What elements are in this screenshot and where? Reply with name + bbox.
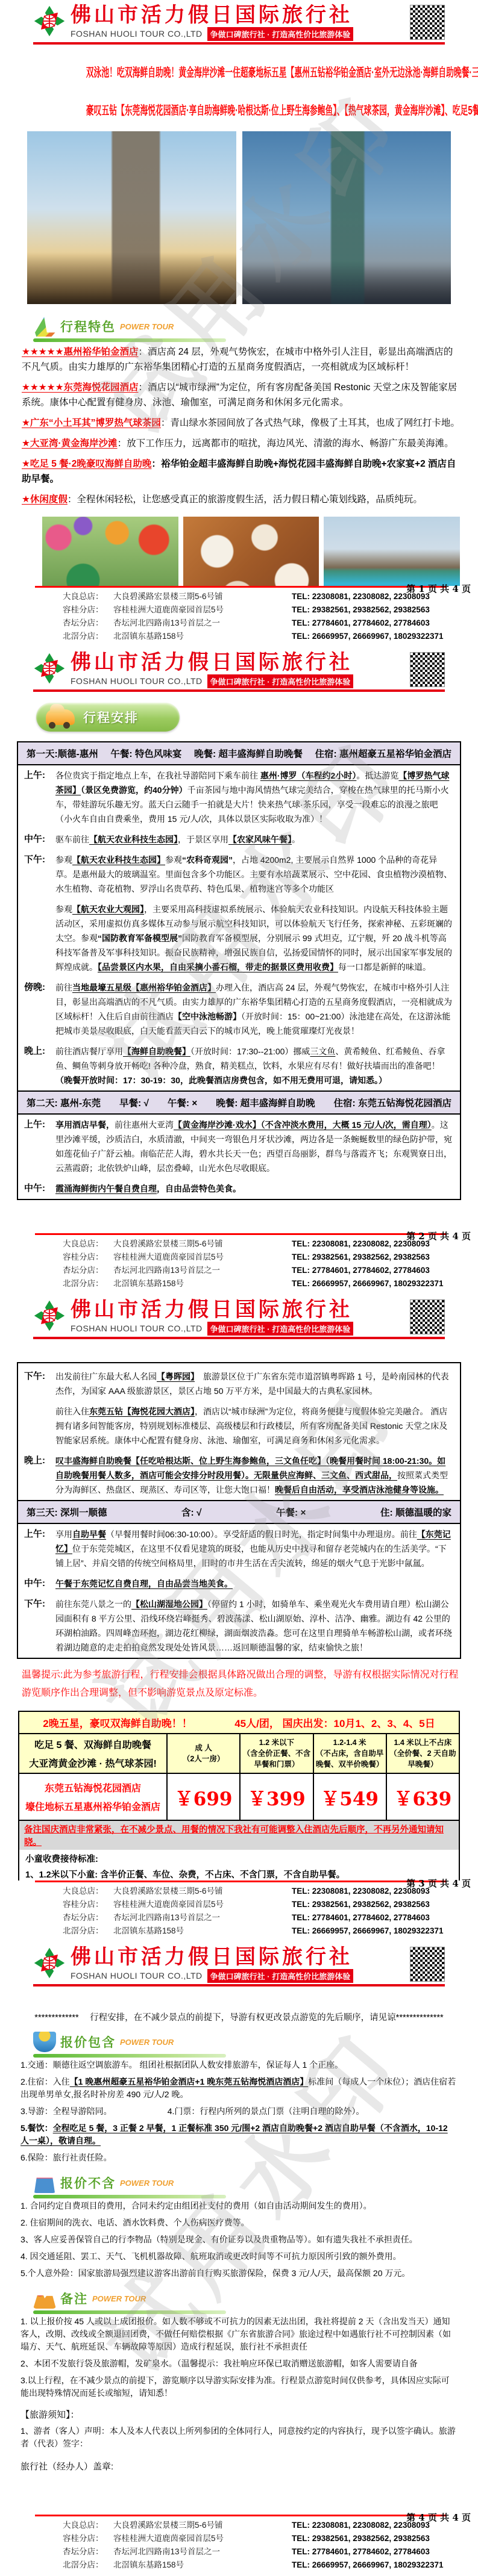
- company-header: 佛山市活力假日国际旅行社 FOSHAN HUOLI TOUR CO.,LTD 争…: [33, 1299, 445, 1339]
- include-item-4: 5.餐饮：全程吃足 5 餐，3 正餐 2 早餐，1 正餐标准 350 元/围+2…: [20, 2122, 458, 2147]
- exclude-item-3: 3、客人应妥善保管自己的行李物品（特别是现金、有价证券以及贵重物品等）。如有遗失…: [20, 2233, 458, 2246]
- row-text: 前往入住东莞五钻【海悦花园大酒店】，酒店以“城市绿洲”为定位，将商务便捷与度假体…: [55, 1407, 447, 1445]
- time-label: 晚上:: [24, 1044, 45, 1059]
- company-name-cn: 佛山市活力假日国际旅行社: [71, 5, 353, 26]
- time-label: 下午:: [24, 1369, 45, 1384]
- qr-code: [410, 1947, 445, 1982]
- company-subline: FOSHAN HUOLI TOUR CO.,LTD 争做口碑旅行社 · 打造高性…: [71, 674, 353, 688]
- footer-divider: [35, 1233, 447, 1235]
- people-icon: [33, 2288, 56, 2309]
- time-label: 中午:: [24, 1576, 45, 1591]
- day3-lunch: 午餐: ×: [276, 1505, 306, 1519]
- product-line1: 吃足 5 餐、双海鲜自助晚餐: [20, 1737, 165, 1751]
- feature-item-6: ★休闲度假：全程休闲轻松，让您感受真正的旅游度假生活，活力假日精心策划线路，品质…: [22, 492, 460, 507]
- power-tour-text: POWER TOUR: [92, 2294, 146, 2303]
- price-col-child-12-14: 1.2-1.4 米 （不占床，含自助早 晚餐、双半价晚餐）: [314, 1734, 387, 1773]
- day3-route: 第三天: 深圳一顺德: [27, 1505, 107, 1519]
- time-label: 下午:: [24, 1597, 45, 1611]
- day1-route: 第一天:顺德-惠州: [27, 747, 98, 760]
- page-number: 第 4 页 共 4 页: [406, 2511, 471, 2524]
- store-name: 北滘分店：: [63, 2559, 113, 2572]
- row-text: 霞涌海鲜街内午餐自费自理，自由品尝特色美食。: [55, 1184, 241, 1193]
- day3-breakfast: 含: √: [181, 1505, 201, 1519]
- row-text: 享用自助早餐（早餐用餐时间06:30-10:00）。享受舒适的假日时光，指定时间…: [55, 1529, 451, 1568]
- itinerary-row: 晚上:前往酒店餐厅享用【海鲜自助晚餐】（开放时间：17:30--21:00）挪威…: [18, 1041, 460, 1090]
- company-slogan: 争做口碑旅行社 · 打造高性价比旅游体验: [207, 27, 354, 41]
- footer-divider: [35, 586, 447, 588]
- company-slogan: 争做口碑旅行社 · 打造高性价比旅游体验: [207, 1969, 354, 1983]
- include-item-2: 2.住宿：入住【1 晚惠州超豪五星裕华铂金酒店+1 晚东莞五钻海悦酒店酒店】标准…: [20, 2076, 458, 2101]
- store-address: 北滘镇东基路158号: [113, 630, 292, 643]
- store-address: 大良碧溪路宏景楼三期5-6号铺: [113, 2519, 292, 2532]
- row-text: 参观【航天农业大观园】，主要采用高科技虚拟系统展示、体验航天农业科技知识。内设航…: [55, 904, 452, 972]
- store-row: 杏坛分店：杏坛河北四路南13号首层之一TEL: 27784601, 277846…: [63, 1264, 478, 1277]
- itinerary-row: 参观【航天农业大观园】，主要采用高科技虚拟系统展示、体验航天农业科技知识。内设航…: [18, 899, 460, 977]
- company-name-cn: 佛山市活力假日国际旅行社: [71, 1299, 353, 1321]
- store-tel: TEL: 27784601, 27784602, 27784603: [292, 1264, 430, 1277]
- section-remarks: 备注 POWER TOUR: [33, 2286, 238, 2311]
- itinerary-row: 下午:参观【航天农业科技生态园】参观“农科奇观园”，占地 4200m2, 主要展…: [18, 850, 460, 899]
- footer-divider: [35, 1881, 447, 1882]
- car-icon: [46, 709, 75, 725]
- section-price-excludes: 报价不含 POWER TOUR: [33, 2170, 238, 2195]
- store-tel: TEL: 29382561, 29382562, 29382563: [292, 1898, 430, 1911]
- store-address: 容桂桂洲大道鹿茵豪园首层5号: [113, 1251, 292, 1264]
- store-tel: TEL: 26669957, 26669967, 18029322371: [292, 1277, 443, 1290]
- row-text: 出发前往广东最大私人名园【粤晖园】 旅游景区位于广东省东莞市道滘镇粤晖路 1 号…: [55, 1372, 449, 1396]
- price-title-right: 45人/团， 国庆出发：10月1、2、3、4、5日: [234, 1715, 435, 1730]
- itinerary-row: 中午:霞涌海鲜街内午餐自费自理，自由品尝特色美食。: [18, 1178, 460, 1199]
- store-name: 大良总店：: [63, 1237, 113, 1251]
- page-number: 第 3 页 共 4 页: [406, 1877, 471, 1890]
- photo-haiyue-garden-hotel: [242, 131, 451, 304]
- price-col-child-u12: 1.2 米以下 （含全价正餐、不含 早餐和门票）: [241, 1734, 313, 1773]
- tour-title-line2: 豪叹五钻【东莞海悦花园酒店·享自助海鲜晚·哈根达斯·位上野生海参鲍鱼】、【热气球…: [86, 101, 392, 118]
- page-footer: 第 2 页 共 4 页 大良总店：大良碧溪路宏景楼三期5-6号铺TEL: 223…: [0, 1233, 478, 1291]
- warm-tips: 温馨提示:此为参考旅游行程，行程安排会根据具体路况做出合理的调整，导游有权根据实…: [22, 1666, 460, 1702]
- company-logo-icon: [33, 652, 66, 685]
- company-header: 佛山市活力假日国际旅行社 FOSHAN HUOLI TOUR CO.,LTD 争…: [33, 1947, 445, 1986]
- store-row: 杏坛分店：杏坛河北四路南13号首层之一TEL: 27784601, 277846…: [63, 2545, 478, 2559]
- company-subline: FOSHAN HUOLI TOUR CO.,LTD 争做口碑旅行社 · 打造高性…: [71, 1322, 353, 1336]
- day1-lunch: 午餐: 特色风味宴: [110, 747, 181, 760]
- company-slogan: 争做口碑旅行社 · 打造高性价比旅游体验: [207, 674, 354, 688]
- day3-header-row: 第三天: 深圳一顺德 含: √ 午餐: × 住: 顺德温暖的家: [18, 1500, 460, 1524]
- store-tel: TEL: 29382561, 29382562, 29382563: [292, 603, 430, 617]
- time-label: 晚上:: [24, 1454, 45, 1468]
- page-footer: 第 4 页 共 4 页 大良总店：大良碧溪路宏景楼三期5-6号铺TEL: 223…: [0, 2515, 478, 2572]
- itinerary-table: 第一天:顺德-惠州 午餐: 特色风味宴 晚餐: 超丰盛海鲜自助晚餐 住宿: 惠州…: [17, 741, 461, 1200]
- page-2: 试用水印 佛山市活力假日国际旅行社 FOSHAN HUOLI TOUR CO.,…: [0, 647, 478, 1295]
- company-name-block: 佛山市活力假日国际旅行社 FOSHAN HUOLI TOUR CO.,LTD 争…: [71, 652, 353, 688]
- remark-item-2: 2、本团不发旅行袋及旅游帽，发矿泉水。（温馨提示：我社响应环保已取消赠送旅游帽，…: [20, 2357, 458, 2370]
- price-title-left: 2晚五星，豪叹双海鲜自助晚！！: [43, 1715, 192, 1730]
- include-item-5: 6.保险：旅行社责任险。: [20, 2151, 458, 2164]
- store-tel: TEL: 26669957, 26669967, 18029322371: [292, 630, 443, 643]
- row-text: 叹丰盛海鲜自助晚餐【任吃哈根达斯、位上野生海参鲍鱼，三文鱼任吃】（晚餐用餐时间 …: [55, 1456, 448, 1495]
- store-row: 杏坛分店：杏坛河北四路南13号首层之一TEL: 27784601, 277846…: [63, 617, 478, 630]
- row-text: 享用酒店早餐，前往惠州大亚湾【黄金海岸沙滩·戏水】（不含冲淡水费用，大概 15 …: [55, 1120, 452, 1173]
- tour-title-line1: 双泳池！吃双海鲜自助晚！黄金海岸沙滩一住超豪地标五星【惠州五钻裕华铂金酒店·室外…: [86, 63, 392, 80]
- footer-divider: [35, 2515, 447, 2516]
- company-header: 佛山市活力假日国际旅行社 FOSHAN HUOLI TOUR CO.,LTD 争…: [33, 652, 445, 692]
- itinerary-order-note: ************* 行程安排，在不减少景点的前提下，导游有权更改景点游览…: [6, 2011, 472, 2023]
- store-tel: TEL: 27784601, 27784602, 27784603: [292, 617, 430, 630]
- store-tel: TEL: 29382561, 29382562, 29382563: [292, 1251, 430, 1264]
- store-name: 杏坛分店：: [63, 617, 113, 630]
- time-label: 中午:: [24, 1181, 45, 1196]
- row-text: 前往当地最壕五星级【惠州裕华铂金酒店】办理入住，酒店高 24 层，外观气势恢宏，…: [55, 983, 452, 1036]
- company-name-en: FOSHAN HUOLI TOUR CO.,LTD: [71, 29, 203, 39]
- row-text: 驱车前往【航天农业科技生态园】，于景区享用【农家风味午餐】。: [55, 835, 300, 844]
- price-note: 备注国庆酒店非常紧张，在不减少景点、用餐的情况下我社有可能调整入住酒店先后顺序，…: [19, 1820, 459, 1850]
- store-name: 容桂分店：: [63, 1898, 113, 1911]
- hotel-name-2: 壕住地标五星惠州裕华铂金酒店: [20, 1799, 165, 1813]
- store-name: 杏坛分店：: [63, 2545, 113, 2559]
- section-itinerary-badge: 行程安排: [36, 703, 180, 732]
- hotel-names-cell: 东莞五钻海悦花园酒店 壕住地标五星惠州裕华铂金酒店: [19, 1774, 168, 1820]
- price-child-u12: ￥399: [241, 1774, 313, 1820]
- price-header-row: 吃足 5 餐、双海鲜自助晚餐 大亚湾黄金沙滩 · 热气球茶园! 成 人 （2人一…: [19, 1734, 459, 1774]
- store-tel: TEL: 27784601, 27784602, 27784603: [292, 2545, 430, 2559]
- day2-dinner: 晚餐: 超丰盛海鲜自助晚: [216, 1096, 315, 1109]
- row-text: 前往酒店餐厅享用【海鲜自助晚餐】（开放时间：17:30--21:00）挪威三文鱼…: [55, 1047, 445, 1085]
- power-tour-text: POWER TOUR: [120, 2038, 174, 2047]
- company-logo-icon: [33, 5, 66, 37]
- day2-breakfast: 早餐: √: [119, 1096, 149, 1109]
- company-subline: FOSHAN HUOLI TOUR CO.,LTD 争做口碑旅行社 · 打造高性…: [71, 1969, 353, 1983]
- photo-yuhua-platinum-hotel: [27, 131, 236, 304]
- store-tel: TEL: 29382561, 29382562, 29382563: [292, 2532, 430, 2545]
- day1-hotel: 住宿: 惠州超豪五星裕华铂金酒店: [315, 747, 451, 760]
- store-name: 北滘分店：: [63, 630, 113, 643]
- product-line2: 大亚湾黄金沙滩 · 热气球茶园!: [20, 1756, 165, 1770]
- itinerary-badge-label: 行程安排: [83, 708, 139, 726]
- price-child-o14: ￥639: [387, 1774, 459, 1820]
- store-row: 北滘分店：北滘镇东基路158号TEL: 26669957, 26669967, …: [63, 1924, 478, 1938]
- time-label: 中午:: [24, 832, 45, 847]
- itinerary-row: 中午:驱车前往【航天农业科技生态园】，于景区享用【农家风味午餐】。: [18, 829, 460, 850]
- store-row: 容桂分店：容桂桂洲大道鹿茵豪园首层5号TEL: 29382561, 293825…: [63, 1251, 478, 1264]
- time-label: 上午:: [24, 1527, 45, 1542]
- store-name: 杏坛分店：: [63, 1264, 113, 1277]
- price-adult: ￥699: [168, 1774, 241, 1820]
- feature-item-4: ★大亚湾·黄金海岸沙滩：放下工作压力，远离都市的喧扰，海边风光、清澈的海水、畅游…: [22, 436, 460, 451]
- day2-hotel: 住宿: 东莞五钻海悦花园酒店: [334, 1096, 451, 1109]
- store-address: 杏坛河北四路南13号首层之一: [113, 2545, 292, 2559]
- company-name-block: 佛山市活力假日国际旅行社 FOSHAN HUOLI TOUR CO.,LTD 争…: [71, 1947, 353, 1983]
- itinerary-row: 傍晚:前往当地最壕五星级【惠州裕华铂金酒店】办理入住，酒店高 24 层，外观气势…: [18, 977, 460, 1041]
- page-footer: 第 1 页 共 4 页 大良总店：大良碧溪路宏景楼三期5-6号铺TEL: 223…: [0, 586, 478, 644]
- price-title-row: 2晚五星，豪叹双海鲜自助晚！！ 45人/团， 国庆出发：10月1、2、3、4、5…: [19, 1712, 459, 1734]
- itinerary-row: 上午:享用自助早餐（早餐用餐时间06:30-10:00）。享受舒适的假日时光，指…: [18, 1524, 460, 1573]
- qr-code: [410, 652, 445, 687]
- store-address: 北滘镇东基路158号: [113, 2559, 292, 2572]
- store-row: 北滘分店：北滘镇东基路158号TEL: 26669957, 26669967, …: [63, 630, 478, 643]
- day3-stay: 住: 顺德温暖的家: [380, 1505, 451, 1519]
- store-row: 杏坛分店：杏坛河北四路南13号首层之一TEL: 27784601, 277846…: [63, 1911, 478, 1924]
- store-name: 容桂分店：: [63, 603, 113, 617]
- itinerary-row: 下午:前往东莞八景之一的【松山湖湿地公园】（停留约 1 小时，如骑单车、乘坐观光…: [18, 1594, 460, 1658]
- feature-item-3: ★广东“小土耳其”博罗热气球茶园：青山绿水茶园间放了各式热气球，像极了土耳其，也…: [22, 415, 460, 431]
- exclude-item-5: 5.个人意外险：国家旅游局强烈建议游客出游前自行购买旅游保险，保费 3 元/人/…: [20, 2267, 458, 2280]
- company-header: 佛山市活力假日国际旅行社 FOSHAN HUOLI TOUR CO.,LTD 争…: [33, 5, 445, 45]
- store-tel: TEL: 26669957, 26669967, 18029322371: [292, 1924, 443, 1938]
- itinerary-table-continued: 下午:出发前往广东最大私人名园【粤晖园】 旅游景区位于广东省东莞市道滘镇粤晖路 …: [17, 1362, 461, 1659]
- section-label: 行程特色: [60, 317, 116, 335]
- price-col-adult: 成 人 （2人一房）: [168, 1734, 241, 1773]
- include-item-1: 1.交通：顺德往返空调旅游车。 组团社根据团队人数安排旅游车，保证每人 1 个正…: [20, 2059, 458, 2071]
- store-row: 北滘分店：北滘镇东基路158号TEL: 26669957, 26669967, …: [63, 2559, 478, 2572]
- include-item-3: 3.导游：全程导游陪同。4.门票：行程内所列的景点门票（注明自理的除外）。: [20, 2105, 458, 2118]
- store-name: 杏坛分店：: [63, 1911, 113, 1924]
- company-name-cn: 佛山市活力假日国际旅行社: [71, 1947, 353, 1968]
- bowl-icon: [33, 2032, 56, 2052]
- store-name: 大良总店：: [63, 1885, 113, 1898]
- company-slogan: 争做口碑旅行社 · 打造高性价比旅游体验: [207, 1322, 354, 1336]
- feature-item-1: ★★★★★惠州裕华铂金酒店：酒店高 24 层，外观气势恢宏，在城市中格外引人注目…: [22, 344, 460, 375]
- company-logo-icon: [33, 1947, 66, 1979]
- store-address: 北滘镇东基路158号: [113, 1277, 292, 1290]
- time-label: 下午:: [24, 853, 45, 867]
- exclude-item-2: 2. 住宿期间的洗衣、电话、酒水饮料费、个人伤病医疗费等。: [20, 2217, 458, 2229]
- store-row: 容桂分店：容桂桂洲大道鹿茵豪园首层5号TEL: 29382561, 293825…: [63, 2532, 478, 2545]
- company-name-en: FOSHAN HUOLI TOUR CO.,LTD: [71, 676, 203, 686]
- exclude-item-4: 4. 因交通延阻、罢工、天气、飞机机器故障、航班取消或更改时间等不可抗力原因所引…: [20, 2250, 458, 2263]
- store-address: 容桂桂洲大道鹿茵豪园首层5号: [113, 603, 292, 617]
- row-text: 各位贵宾于指定地点上车，在我社导游陪同下乘车前往 惠州·博罗（车程约2小时）。抵…: [55, 771, 449, 824]
- row-text: 午餐于东莞记忆自费自理，自由品尝当地美食。: [55, 1579, 233, 1588]
- day2-lunch: 午餐: ×: [168, 1096, 198, 1109]
- page-number: 第 1 页 共 4 页: [406, 582, 471, 595]
- store-name: 容桂分店：: [63, 2532, 113, 2545]
- page-3: 试用水印 佛山市活力假日国际旅行社 FOSHAN HUOLI TOUR CO.,…: [0, 1295, 478, 1942]
- store-address: 大良碧溪路宏景楼三期5-6号铺: [113, 1237, 292, 1251]
- feature-item-5: ★吃足 5 餐·2晚豪叹海鲜自助晚：裕华铂金超丰盛海鲜自助晚+海悦花园丰盛海鲜自…: [22, 456, 460, 487]
- store-row: 容桂分店：容桂桂洲大道鹿茵豪园首层5号TEL: 29382561, 293825…: [63, 1898, 478, 1911]
- store-name: 北滘分店：: [63, 1924, 113, 1938]
- day1-header-row: 第一天:顺德-惠州 午餐: 特色风味宴 晚餐: 超丰盛海鲜自助晚餐 住宿: 惠州…: [18, 742, 460, 765]
- store-row: 容桂分店：容桂桂洲大道鹿茵豪园首层5号TEL: 29382561, 293825…: [63, 603, 478, 617]
- page-1: 试用水印 佛山市活力假日国际旅行社 FOSHAN HUOLI TOUR CO.,…: [0, 0, 478, 647]
- row-text: 参观【航天农业科技生态园】参观“农科奇观园”，占地 4200m2, 主要展示自然…: [55, 855, 452, 894]
- company-name-cn: 佛山市活力假日国际旅行社: [71, 652, 353, 674]
- store-name: 北滘分店：: [63, 1277, 113, 1290]
- page-4: 试用水印 佛山市活力假日国际旅行社 FOSHAN HUOLI TOUR CO.,…: [0, 1942, 478, 2576]
- power-tour-sail-icon: [33, 316, 56, 337]
- day1-dinner: 晚餐: 超丰盛海鲜自助晚餐: [194, 747, 303, 760]
- time-label: 傍晚:: [24, 980, 45, 995]
- price-col-child-o14: 1.4 米以上不占床 （全价餐、2 天自助 早晚餐）: [387, 1734, 459, 1773]
- traveler-declaration: 1、游者（客人）声明：本人及本人代表以上所列参团的全体同行人，同意按约定的内容执…: [20, 2425, 458, 2450]
- section-label: 备注: [60, 2289, 88, 2307]
- feature-item-2: ★★★★★东莞海悦花园酒店：酒店以“城市绿洲”为定位，所有客房配备美国 Rest…: [22, 380, 460, 410]
- store-address: 北滘镇东基路158号: [113, 1924, 292, 1938]
- price-col-product: 吃足 5 餐、双海鲜自助晚餐 大亚湾黄金沙滩 · 热气球茶园!: [19, 1734, 168, 1773]
- qr-code: [410, 5, 445, 40]
- price-data-row: 东莞五钻海悦花园酒店 壕住地标五星惠州裕华铂金酒店 ￥699 ￥399 ￥549…: [19, 1774, 459, 1820]
- store-address: 杏坛河北四路南13号首层之一: [113, 617, 292, 630]
- time-label: 上午:: [24, 1118, 45, 1132]
- power-tour-text: POWER TOUR: [120, 2179, 174, 2188]
- hotel-photos-row: [27, 131, 451, 304]
- store-name: 大良总店：: [63, 2519, 113, 2532]
- time-label: 上午:: [24, 768, 45, 783]
- company-name-block: 佛山市活力假日国际旅行社 FOSHAN HUOLI TOUR CO.,LTD 争…: [71, 5, 353, 41]
- page-number: 第 2 页 共 4 页: [406, 1230, 471, 1242]
- store-name: 容桂分店：: [63, 1251, 113, 1264]
- row-text: 前往东莞八景之一的【松山湖湿地公园】（停留约 1 小时，如骑单车、乘坐观光火车费…: [55, 1599, 452, 1652]
- travel-notice-title: 【旅游须知】：: [20, 2408, 458, 2421]
- power-tour-text: POWER TOUR: [120, 322, 174, 331]
- itinerary-row: 上午:享用酒店早餐，前往惠州大亚湾【黄金海岸沙滩·戏水】（不含冲淡水费用，大概 …: [18, 1115, 460, 1178]
- store-address: 容桂桂洲大道鹿茵豪园首层5号: [113, 1898, 292, 1911]
- company-name-en: FOSHAN HUOLI TOUR CO.,LTD: [71, 1324, 203, 1333]
- hotel-name-1: 东莞五钻海悦花园酒店: [20, 1781, 165, 1794]
- section-label: 报价包含: [60, 2033, 116, 2051]
- remark-item-3: 3.以上行程，在不减少景点的前提下，游览顺序以导游实际安排为准。行程景点游览时间…: [20, 2374, 458, 2400]
- agency-stamp-line: 旅行社（经办人）盖章:: [20, 2460, 458, 2472]
- store-address: 杏坛河北四路南13号首层之一: [113, 1264, 292, 1277]
- store-address: 大良碧溪路宏景楼三期5-6号铺: [113, 1885, 292, 1898]
- bag-icon: [33, 2173, 56, 2193]
- store-tel: TEL: 26669957, 26669967, 18029322371: [292, 2559, 443, 2572]
- exclude-item-1: 1. 合同约定自费项目的费用，合同未约定由组团社支付的费用（如自由活动期间发生的…: [20, 2200, 458, 2212]
- itinerary-row: 中午:午餐于东莞记忆自费自理，自由品尝当地美食。: [18, 1573, 460, 1594]
- store-name: 大良总店：: [63, 590, 113, 603]
- company-name-en: FOSHAN HUOLI TOUR CO.,LTD: [71, 1971, 203, 1980]
- company-logo-icon: [33, 1299, 66, 1332]
- itinerary-row: 上午:各位贵宾于指定地点上车，在我社导游陪同下乘车前往 惠州·博罗（车程约2小时…: [18, 765, 460, 829]
- company-name-block: 佛山市活力假日国际旅行社 FOSHAN HUOLI TOUR CO.,LTD 争…: [71, 1299, 353, 1336]
- section-label: 报价不含: [60, 2174, 116, 2192]
- day2-route: 第二天: 惠州-东莞: [27, 1096, 101, 1109]
- store-tel: TEL: 27784601, 27784602, 27784603: [292, 1911, 430, 1924]
- store-address: 杏坛河北四路南13号首层之一: [113, 1911, 292, 1924]
- remark-item-1: 1. 以上报价按 45 人或以上成团报价。如人数不够或不可抗力的因素无法出团，我…: [20, 2315, 458, 2353]
- price-child-12-14: ￥549: [314, 1774, 387, 1820]
- store-address: 大良碧溪路宏景楼三期5-6号铺: [113, 590, 292, 603]
- child-policy-title: 小童收费接待标准:: [25, 1852, 453, 1867]
- store-address: 容桂桂洲大道鹿茵豪园首层5号: [113, 2532, 292, 2545]
- store-row: 北滘分店：北滘镇东基路158号TEL: 26669957, 26669967, …: [63, 1277, 478, 1290]
- page-footer: 第 3 页 共 4 页 大良总店：大良碧溪路宏景楼三期5-6号铺TEL: 223…: [0, 1881, 478, 1938]
- itinerary-row: 下午:出发前往广东最大私人名园【粤晖园】 旅游景区位于广东省东莞市道滘镇粤晖路 …: [18, 1363, 460, 1401]
- itinerary-row: 晚上:叹丰盛海鲜自助晚餐【任吃哈根达斯、位上野生海参鲍鱼，三文鱼任吃】（晚餐用餐…: [18, 1451, 460, 1500]
- company-subline: FOSHAN HUOLI TOUR CO.,LTD 争做口碑旅行社 · 打造高性…: [71, 27, 353, 41]
- section-tour-features: 行程特色 POWER TOUR: [33, 314, 238, 339]
- qr-code: [410, 1299, 445, 1334]
- day2-header-row: 第二天: 惠州-东莞 早餐: √ 午餐: × 晚餐: 超丰盛海鲜自助晚 住宿: …: [18, 1090, 460, 1115]
- itinerary-row: 前往入住东莞五钻【海悦花园大酒店】，酒店以“城市绿洲”为定位，将商务便捷与度假体…: [18, 1401, 460, 1451]
- section-price-includes: 报价包含 POWER TOUR: [33, 2029, 238, 2055]
